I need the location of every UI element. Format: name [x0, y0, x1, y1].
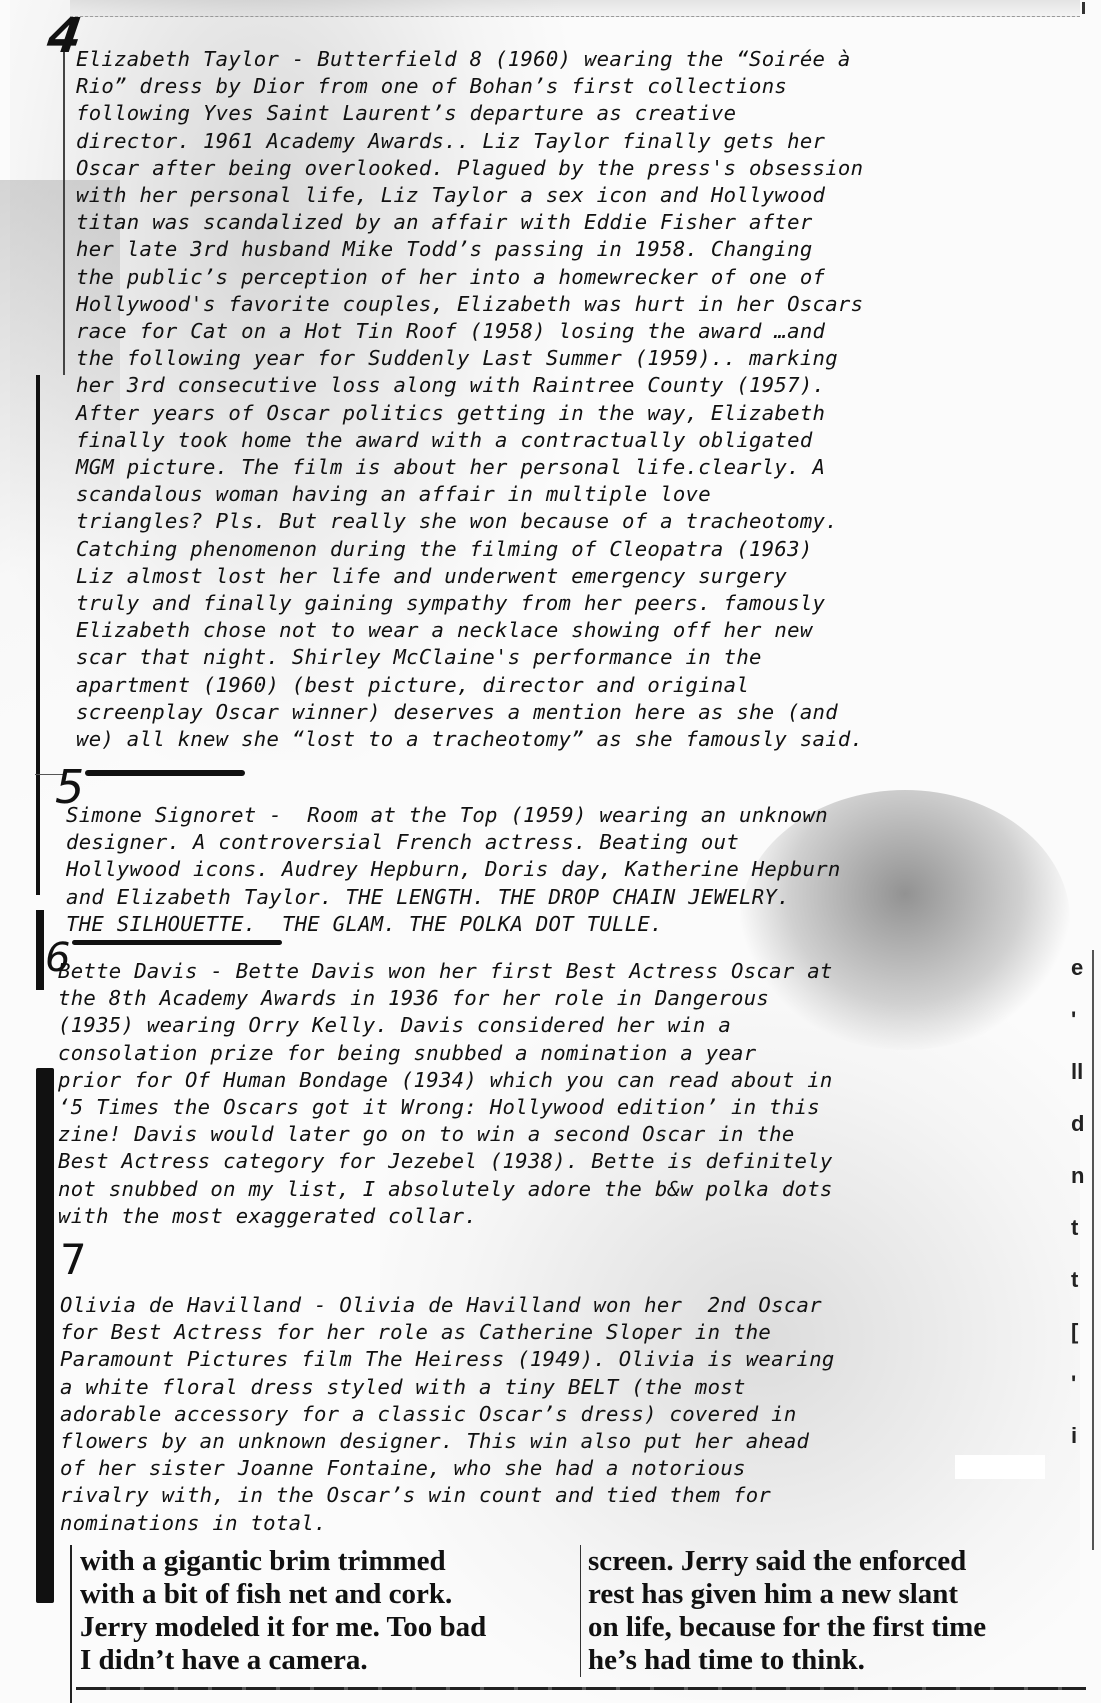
top-edge-mark [1082, 2, 1085, 14]
clipping-right-column: screen. Jerry said the enforced rest has… [588, 1545, 1088, 1677]
left-margin-bar [36, 910, 44, 990]
clipping-left-column: with a gigantic brim trimmed with a bit … [80, 1545, 575, 1677]
edge-fragment: n [1071, 1163, 1084, 1189]
edge-fragment: e [1071, 955, 1083, 981]
edge-fragment: t [1071, 1267, 1078, 1293]
newspaper-clipping: with a gigantic brim trimmed with a bit … [70, 1545, 1090, 1703]
whiteout-patch [955, 1455, 1045, 1479]
column-rule [70, 1545, 72, 1703]
edge-fragment: ' [1071, 1371, 1076, 1397]
top-torn-strip [70, 0, 1080, 17]
left-margin-line [63, 45, 65, 375]
entry-text-elizabeth-taylor: Elizabeth Taylor - Butterfield 8 (1960) … [76, 46, 863, 753]
column-rule [580, 1545, 581, 1677]
left-margin-bar [36, 375, 40, 895]
edge-fragment: t [1071, 1215, 1078, 1241]
right-margin-line [1092, 950, 1094, 1550]
entry-text-olivia-de-havilland: Olivia de Havilland - Olivia de Havillan… [60, 1292, 835, 1537]
marker-underline [85, 770, 245, 776]
edge-fragment: ' [1071, 1007, 1076, 1033]
edge-fragment: [ [1071, 1319, 1078, 1345]
clipping-rule [76, 1687, 1086, 1690]
edge-fragment: i [1071, 1423, 1077, 1449]
left-margin-bar [36, 1068, 54, 1603]
edge-fragment: d [1071, 1111, 1084, 1137]
marker-underline [72, 940, 282, 945]
entry-text-simone-signoret: Simone Signoret - Room at the Top (1959)… [66, 802, 841, 938]
entry-text-bette-davis: Bette Davis - Bette Davis won her first … [58, 958, 833, 1230]
entry-number: 7 [60, 1235, 87, 1284]
edge-fragment: ll [1071, 1059, 1083, 1085]
